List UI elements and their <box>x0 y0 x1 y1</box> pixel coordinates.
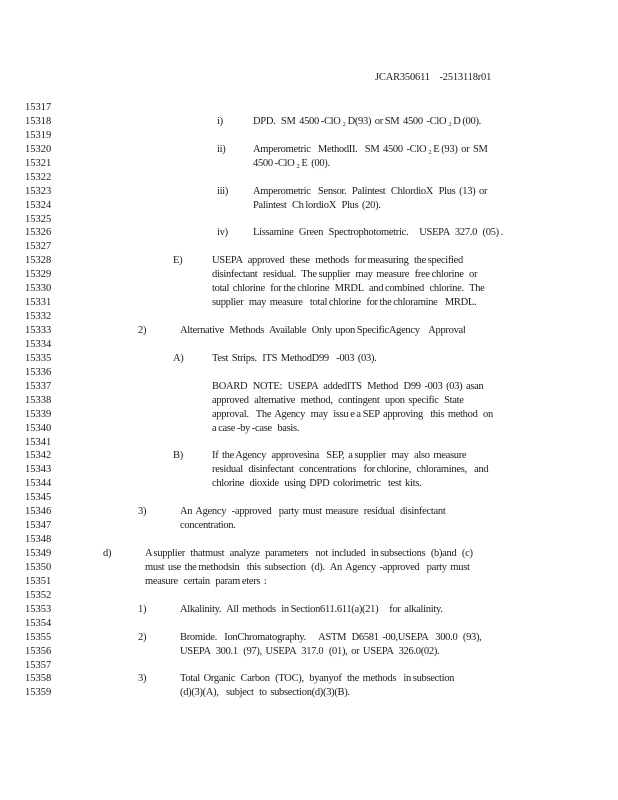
line-number: 15335 <box>25 352 51 366</box>
document-line: 15319 <box>0 129 618 143</box>
document-line: 153214500 -ClO ₂ E (00). <box>0 157 618 171</box>
document-line: 15352 <box>0 589 618 603</box>
line-number: 15359 <box>25 686 51 700</box>
document-line: 15336 <box>0 366 618 380</box>
line-number: 15345 <box>25 491 51 505</box>
line-text: a case -by -case basis. <box>212 422 299 436</box>
line-text: Lissamine Green Spectrophotometric. USEP… <box>253 226 503 240</box>
line-number: 15357 <box>25 659 51 673</box>
line-number: 15324 <box>25 199 51 213</box>
line-number: 15346 <box>25 505 51 519</box>
document-line: 15335A)Test Strips. ITS MethodD99 -003 (… <box>0 352 618 366</box>
document-line: 153583)Total Organic Carbon (TOC), byany… <box>0 672 618 686</box>
line-number: 15317 <box>25 101 51 115</box>
document-line: 15351measure certain param eters : <box>0 575 618 589</box>
document-line: 153332)Alternative Methods Available Onl… <box>0 324 618 338</box>
line-number: 15353 <box>25 603 51 617</box>
line-text: approval. The Agency may issu e a SEP ap… <box>212 408 493 422</box>
line-number: 15347 <box>25 519 51 533</box>
document-line: 15339approval. The Agency may issu e a S… <box>0 408 618 422</box>
line-number: 15337 <box>25 380 51 394</box>
line-number: 15352 <box>25 589 51 603</box>
document-line: 15340a case -by -case basis. <box>0 422 618 436</box>
document-line: 15317 <box>0 101 618 115</box>
line-number: 15355 <box>25 631 51 645</box>
document-line: 15323iii)Amperometric Sensor. Palintest … <box>0 185 618 199</box>
document-line: 15326iv)Lissamine Green Spectrophotometr… <box>0 226 618 240</box>
document-line: 15354 <box>0 617 618 631</box>
line-number: 15343 <box>25 463 51 477</box>
line-text: must use the methodsin this subsection (… <box>145 561 470 575</box>
outline-label: i) <box>217 115 223 129</box>
document-line: 15322 <box>0 171 618 185</box>
line-text: concentration. <box>180 519 236 533</box>
document-line: 15359(d)(3)(A), subject to subsection(d)… <box>0 686 618 700</box>
document-line: 15320ii)Amperometric MethodII. SM 4500 -… <box>0 143 618 157</box>
line-text: Total Organic Carbon (TOC), byanyof the … <box>180 672 454 686</box>
document-line: 15330total chlorine for the chlorine MRD… <box>0 282 618 296</box>
document-line: 15331supplier may measure total chlorine… <box>0 296 618 310</box>
document-line: 15334 <box>0 338 618 352</box>
line-number: 15339 <box>25 408 51 422</box>
line-text: Alternative Methods Available Only upon … <box>180 324 466 338</box>
document-line: 15347concentration. <box>0 519 618 533</box>
line-text: Alkalinity. All methods in Section611.61… <box>180 603 443 617</box>
line-number: 15328 <box>25 254 51 268</box>
line-number: 15327 <box>25 240 51 254</box>
outline-label: B) <box>173 449 183 463</box>
line-text: chlorine dioxide using DPD colorimetric … <box>212 477 421 491</box>
line-number: 15334 <box>25 338 51 352</box>
document-line: 15343residual disinfectant concentration… <box>0 463 618 477</box>
document-line: 15325 <box>0 213 618 227</box>
document-line: 15344chlorine dioxide using DPD colorime… <box>0 477 618 491</box>
document-line: 15349d)A supplier thatmust analyze param… <box>0 547 618 561</box>
line-text: An Agency -approved party must measure r… <box>180 505 445 519</box>
line-number: 15350 <box>25 561 51 575</box>
line-text: (d)(3)(A), subject to subsection(d)(3)(B… <box>180 686 350 700</box>
document-line: 15329disinfectant residual. The supplier… <box>0 268 618 282</box>
document-line: 15332 <box>0 310 618 324</box>
line-number: 15341 <box>25 436 51 450</box>
line-number: 15326 <box>25 226 51 240</box>
document-line: 15337BOARD NOTE: USEPA addedITS Method D… <box>0 380 618 394</box>
line-number: 15331 <box>25 296 51 310</box>
line-number: 15330 <box>25 282 51 296</box>
document-line: 15342B)If the Agency approvesina SEP, a … <box>0 449 618 463</box>
line-number: 15323 <box>25 185 51 199</box>
outline-label: ii) <box>217 143 225 157</box>
outline-label: 2) <box>138 324 146 338</box>
line-text: Palintest Ch lordioX Plus (20). <box>253 199 381 213</box>
document-line: 15327 <box>0 240 618 254</box>
document-line: 15350must use the methodsin this subsect… <box>0 561 618 575</box>
document-line: 15328E)USEPA approved these methods for … <box>0 254 618 268</box>
line-number: 15358 <box>25 672 51 686</box>
line-number: 15321 <box>25 157 51 171</box>
line-number: 15336 <box>25 366 51 380</box>
line-text: Amperometric Sensor. Palintest ChlordioX… <box>253 185 487 199</box>
line-text: Test Strips. ITS MethodD99 -003 (03). <box>212 352 376 366</box>
line-number: 15338 <box>25 394 51 408</box>
line-text: A supplier thatmust analyze parameters n… <box>145 547 473 561</box>
outline-label: E) <box>173 254 182 268</box>
line-number: 15348 <box>25 533 51 547</box>
line-number: 15319 <box>25 129 51 143</box>
outline-label: 3) <box>138 505 146 519</box>
outline-label: A) <box>173 352 183 366</box>
line-number: 15356 <box>25 645 51 659</box>
line-text: USEPA 300.1 (97), USEPA 317.0 (01), or U… <box>180 645 439 659</box>
outline-label: iv) <box>217 226 228 240</box>
line-text: 4500 -ClO ₂ E (00). <box>253 157 330 171</box>
document-line: 15338approved alternative method, contin… <box>0 394 618 408</box>
document-line: 15341 <box>0 436 618 450</box>
line-number: 15325 <box>25 213 51 227</box>
outline-label: iii) <box>217 185 228 199</box>
outline-label: 2) <box>138 631 146 645</box>
line-number: 15354 <box>25 617 51 631</box>
line-number: 15333 <box>25 324 51 338</box>
line-text: measure certain param eters : <box>145 575 266 589</box>
line-text: Amperometric MethodII. SM 4500 -ClO ₂ E … <box>253 143 488 157</box>
line-text: BOARD NOTE: USEPA addedITS Method D99 -0… <box>212 380 483 394</box>
document-page: JCAR350611 -2513118r01 1531715318i)DPD. … <box>0 0 618 800</box>
line-number: 15318 <box>25 115 51 129</box>
outline-label: 1) <box>138 603 146 617</box>
document-header: JCAR350611 -2513118r01 <box>375 72 491 83</box>
line-number: 15322 <box>25 171 51 185</box>
line-text: DPD. SM 4500 -ClO ₂ D(93) or SM 4500 -Cl… <box>253 115 481 129</box>
line-text: If the Agency approvesina SEP, a supplie… <box>212 449 466 463</box>
document-line: 15356USEPA 300.1 (97), USEPA 317.0 (01),… <box>0 645 618 659</box>
outline-label: d) <box>103 547 111 561</box>
line-number: 15349 <box>25 547 51 561</box>
document-line: 153552)Bromide. IonChromatography. ASTM … <box>0 631 618 645</box>
line-text: supplier may measure total chlorine for … <box>212 296 476 310</box>
document-line: 15324Palintest Ch lordioX Plus (20). <box>0 199 618 213</box>
document-line: 15318i)DPD. SM 4500 -ClO ₂ D(93) or SM 4… <box>0 115 618 129</box>
document-line: 153531)Alkalinity. All methods in Sectio… <box>0 603 618 617</box>
line-text: total chlorine for the chlorine MRDL and… <box>212 282 485 296</box>
line-number: 15332 <box>25 310 51 324</box>
document-line: 15345 <box>0 491 618 505</box>
document-line: 153463)An Agency -approved party must me… <box>0 505 618 519</box>
line-text: approved alternative method, contingent … <box>212 394 464 408</box>
outline-label: 3) <box>138 672 146 686</box>
line-text: residual disinfectant concentrations for… <box>212 463 488 477</box>
line-text: USEPA approved these methods for measuri… <box>212 254 463 268</box>
document-line: 15348 <box>0 533 618 547</box>
line-number: 15344 <box>25 477 51 491</box>
line-number: 15351 <box>25 575 51 589</box>
line-number: 15320 <box>25 143 51 157</box>
document-line: 15357 <box>0 659 618 673</box>
line-number: 15342 <box>25 449 51 463</box>
document-lines: 1531715318i)DPD. SM 4500 -ClO ₂ D(93) or… <box>0 101 618 700</box>
line-number: 15340 <box>25 422 51 436</box>
line-text: Bromide. IonChromatography. ASTM D6581 -… <box>180 631 482 645</box>
line-number: 15329 <box>25 268 51 282</box>
line-text: disinfectant residual. The supplier may … <box>212 268 477 282</box>
